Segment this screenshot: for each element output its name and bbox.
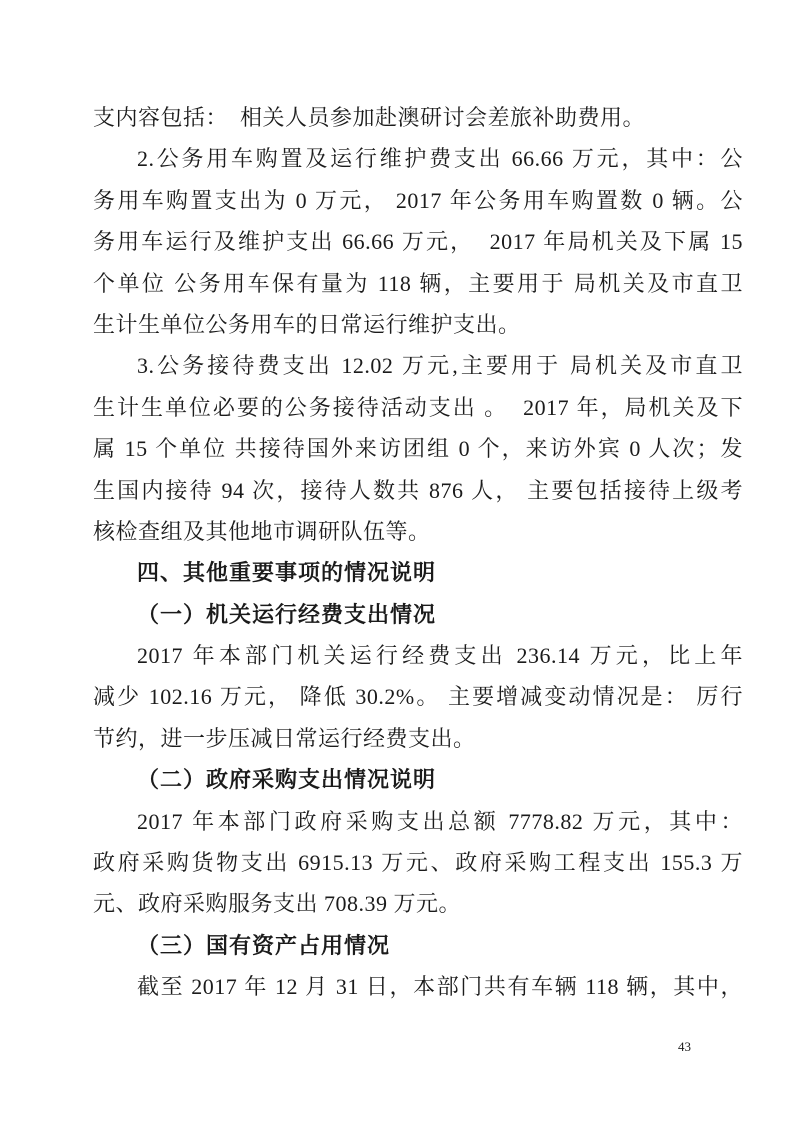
page-number: 43 (678, 1038, 691, 1056)
doc-line-11: 核检查组及其他地市调研队伍等。 (93, 511, 743, 552)
doc-line-16: 节约，进一步压减日常运行经费支出。 (93, 718, 743, 759)
heading-other-important-matters: 四、其他重要事项的情况说明 (93, 552, 743, 593)
doc-line-02: 2.公务用车购置及运行维护费支出 66.66 万元，其中：公 (93, 138, 743, 179)
doc-line-19: 政府采购货物支出 6915.13 万元、政府采购工程支出 155.3 万 (93, 842, 743, 883)
document-body: 支内容包括： 相关人员参加赴澳研讨会差旅补助费用。 2.公务用车购置及运行维护费… (93, 97, 743, 1008)
heading-agency-operating-expenses: （一）机关运行经费支出情况 (93, 594, 743, 635)
doc-line-20: 元、政府采购服务支出 708.39 万元。 (93, 883, 743, 924)
doc-line-01: 支内容包括： 相关人员参加赴澳研讨会差旅补助费用。 (93, 97, 743, 138)
doc-line-03: 务用车购置支出为 0 万元， 2017 年公务用车购置数 0 辆。公 (93, 180, 743, 221)
document-page: 支内容包括： 相关人员参加赴澳研讨会差旅补助费用。 2.公务用车购置及运行维护费… (0, 0, 793, 1122)
doc-line-09: 属 15 个单位 共接待国外来访团组 0 个，来访外宾 0 人次；发 (93, 428, 743, 469)
doc-line-18: 2017 年本部门政府采购支出总额 7778.82 万元，其中： (93, 801, 743, 842)
doc-line-08: 生计生单位必要的公务接待活动支出 。 2017 年，局机关及下 (93, 387, 743, 428)
heading-government-procurement: （二）政府采购支出情况说明 (93, 759, 743, 800)
doc-line-06: 生计生单位公务用车的日常运行维护支出。 (93, 304, 743, 345)
doc-line-04: 务用车运行及维护支出 66.66 万元， 2017 年局机关及下属 15 (93, 221, 743, 262)
doc-line-07: 3.公务接待费支出 12.02 万元,主要用于 局机关及市直卫 (93, 345, 743, 386)
doc-line-10: 生国内接待 94 次，接待人数共 876 人， 主要包括接待上级考 (93, 470, 743, 511)
heading-state-owned-assets: （三）国有资产占用情况 (93, 925, 743, 966)
doc-line-05: 个单位 公务用车保有量为 118 辆，主要用于 局机关及市直卫 (93, 263, 743, 304)
doc-line-14: 2017 年本部门机关运行经费支出 236.14 万元，比上年 (93, 635, 743, 676)
doc-line-22: 截至 2017 年 12 月 31 日，本部门共有车辆 118 辆，其中， (93, 966, 743, 1007)
doc-line-15: 减少 102.16 万元， 降低 30.2%。 主要增减变动情况是： 厉行 (93, 676, 743, 717)
